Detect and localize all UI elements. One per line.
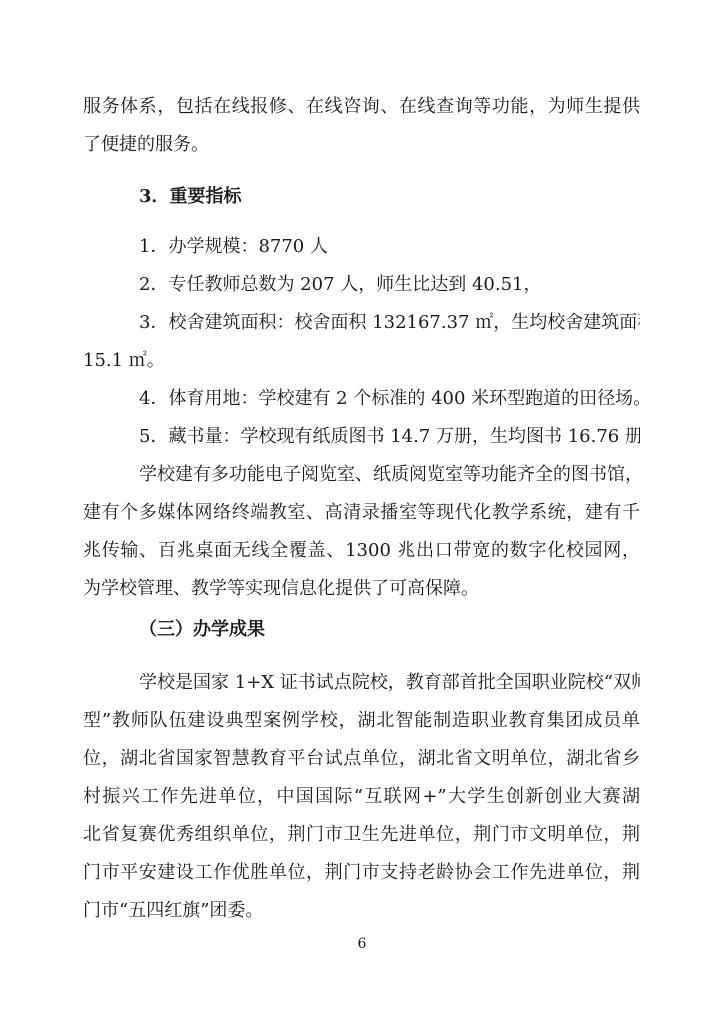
text-line: 型”教师队伍建设典型案例学校，湖北智能制造职业教育集团成员单	[83, 702, 640, 740]
text-line: 学校建有多功能电子阅览室、纸质阅览室等功能齐全的图书馆，	[83, 456, 640, 494]
list-item-teachers: 2．专任教师总数为 207 人，师生比达到 40.51，	[83, 266, 640, 304]
text-line: 15.1 ㎡。	[83, 342, 640, 380]
text-line: 学校是国家 1+X 证书试点院校，教育部首批全国职业院校“双师	[83, 664, 640, 702]
text-line: 服务体系，包括在线报修、在线咨询、在线查询等功能，为师生提供	[83, 88, 640, 126]
text-line: 村振兴工作先进单位，中国国际“互联网+”大学生创新创业大赛湖	[83, 778, 640, 816]
text-line: 北省复赛优秀组织单位，荆门市卫生先进单位，荆门市文明单位，荆	[83, 816, 640, 854]
text-line: 为学校管理、教学等实现信息化提供了可高保障。	[83, 570, 640, 608]
text-line: 了便捷的服务。	[83, 126, 640, 164]
text-line: 位，湖北省国家智慧教育平台试点单位，湖北省文明单位，湖北省乡	[83, 740, 640, 778]
text-line: 门市“五四红旗”团委。	[83, 892, 640, 930]
document-page: 服务体系，包括在线报修、在线咨询、在线查询等功能，为师生提供 了便捷的服务。 3…	[0, 0, 724, 1024]
heading-important-indicators: 3．重要指标	[83, 178, 640, 216]
list-item-building-area: 3．校舍建筑面积：校舍面积 132167.37 ㎡，生均校舍建筑面积	[83, 304, 640, 342]
document-body: 服务体系，包括在线报修、在线咨询、在线查询等功能，为师生提供 了便捷的服务。 3…	[83, 88, 640, 930]
page-number: 6	[0, 935, 724, 953]
text-line: 建有个多媒体网络终端教室、高清录播室等现代化教学系统，建有千	[83, 494, 640, 532]
heading-school-achievements: （三）办学成果	[83, 611, 640, 649]
text-line: 兆传输、百兆桌面无线全覆盖、1300 兆出口带宽的数字化校园网，	[83, 532, 640, 570]
list-item-book-collection: 5．藏书量：学校现有纸质图书 14.7 万册，生均图书 16.76 册；	[83, 418, 640, 456]
text-line: 门市平安建设工作优胜单位，荆门市支持老龄协会工作先进单位，荆	[83, 854, 640, 892]
list-item-enrollment: 1．办学规模：8770 人	[83, 228, 640, 266]
list-item-sports-ground: 4．体育用地：学校建有 2 个标准的 400 米环型跑道的田径场。	[83, 380, 640, 418]
